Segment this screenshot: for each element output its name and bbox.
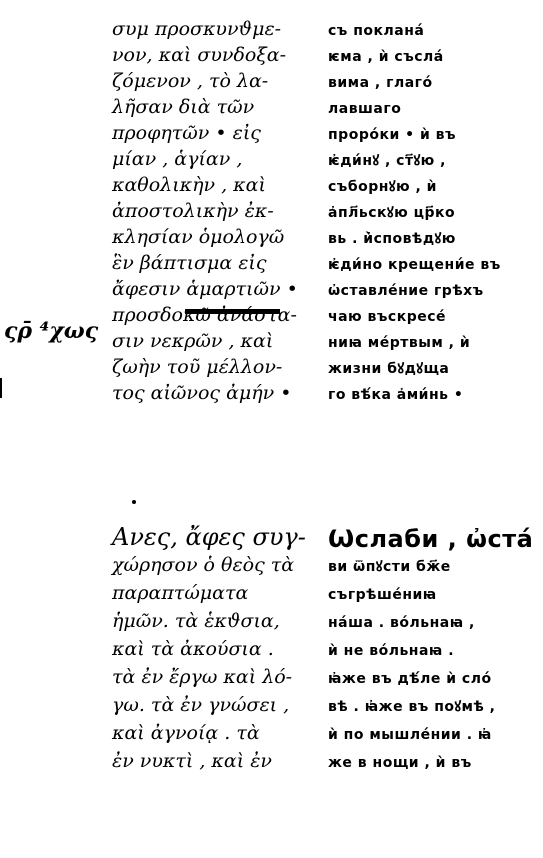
ink-strikethrough (185, 309, 280, 314)
slavonic-line: ѡ҆ставле́ние грѣхъ (328, 280, 484, 302)
slavonic-line: а҆пл҃ьскꙋю цр҃ко (328, 202, 455, 224)
slavonic-line: съгрѣше́ниꙗ (328, 584, 437, 606)
slavonic-line: ꙗ҆же въ дѣ́ле ѝ сло́ (328, 668, 492, 690)
slavonic-line: го вѣ́ка а҆ми́нь • (328, 384, 463, 406)
greek-line: καὶ ἀγνοίᾳ . τὰ (112, 722, 260, 744)
slavonic-line: вима , глаго́ (328, 72, 433, 94)
ink-dot (132, 500, 136, 504)
slavonic-line: съборнꙋю , ѝ (328, 176, 437, 198)
slavonic-line: съ поклана́ (328, 20, 424, 42)
greek-line: λῆσαν διὰ τῶν (112, 96, 254, 118)
greek-line: κλησίαν ὁμολογῶ (112, 226, 284, 248)
margin-mark (0, 378, 2, 398)
slavonic-line: вѣ . ꙗ҆же въ поꙋмѣ , (328, 696, 496, 718)
greek-line-initial: Ανες, ἄφες συγ- (112, 526, 306, 548)
slavonic-line: ѥ҆ди́но крещени́е въ (328, 254, 501, 276)
slavonic-line: ѥ҆ди́нꙋ , ст҃ꙋю , (328, 150, 446, 172)
greek-line: καθολικὴν , καὶ (112, 174, 266, 196)
slavonic-line: ниꙗ ме́ртвым , ѝ (328, 332, 470, 354)
greek-line: ἀποστολικὴν ἐκ- (112, 200, 274, 222)
greek-line: ζωὴν τοῦ μέλλον- (112, 356, 282, 378)
greek-line: παραπτώματα (112, 582, 248, 604)
slavonic-line: чаю въскресе́ (328, 306, 446, 328)
greek-line-with-strikethrough: προσδοκῶ ἀνάστα- (112, 304, 297, 326)
slavonic-line-initial: Ѡслаби , ѡ҆ста́ (328, 528, 533, 550)
greek-line: ἄφεσιν ἁμαρτιῶν • (112, 278, 298, 300)
greek-line: σιν νεκρῶν , καὶ (112, 330, 273, 352)
greek-line: καὶ τὰ ἀκούσια . (112, 638, 274, 660)
slavonic-line: ви ѿпꙋсти бж҃е (328, 556, 451, 578)
greek-line: γω. τὰ ἐν γνώσει , (112, 694, 289, 716)
greek-line: τος αἰῶνος ἀμήν • (112, 382, 291, 404)
slavonic-line: жизни бꙋдꙋща (328, 358, 449, 380)
greek-line: ἐν νυκτὶ , καὶ ἐν (112, 750, 272, 772)
greek-line: τὰ ἐν ἔργω καὶ λό- (112, 666, 292, 688)
marginal-handwritten-note: ςρ̄ ⁴χως (4, 318, 98, 344)
slavonic-line: на́ша . во́льнаꙗ , (328, 612, 475, 634)
slavonic-line: ѝ по мышле́нии . ꙗ҆ (328, 724, 492, 746)
manuscript-page: ςρ̄ ⁴χως συμ προσκυνϑμε- νον, καὶ συνδοξ… (0, 0, 543, 858)
greek-line: ἡμῶν. τὰ ἑκϑσια, (112, 610, 280, 632)
slavonic-line: ѝ не во́льнаꙗ . (328, 640, 454, 662)
greek-line: μίαν , ἁγίαν , (112, 148, 242, 170)
greek-line: προφητῶν • εἰς (112, 122, 261, 144)
greek-line: ζόμενον , τὸ λα- (112, 70, 268, 92)
greek-line: συμ προσκυνϑμε- (112, 18, 281, 40)
slavonic-line: ѥма , ѝ съсла́ (328, 46, 444, 68)
greek-line: ἓν βάπτισμα εἰς (112, 252, 267, 274)
slavonic-line: проро́ки • ѝ въ (328, 124, 456, 146)
greek-line: νον, καὶ συνδοξα- (112, 44, 286, 66)
slavonic-line: же в нощи , ѝ въ (328, 752, 472, 774)
greek-line: χώρησον ὁ θεὸς τὰ (112, 554, 294, 576)
slavonic-line: вь . ѝ҆сповѣдꙋю (328, 228, 456, 250)
slavonic-line: лавшаго (328, 98, 401, 120)
